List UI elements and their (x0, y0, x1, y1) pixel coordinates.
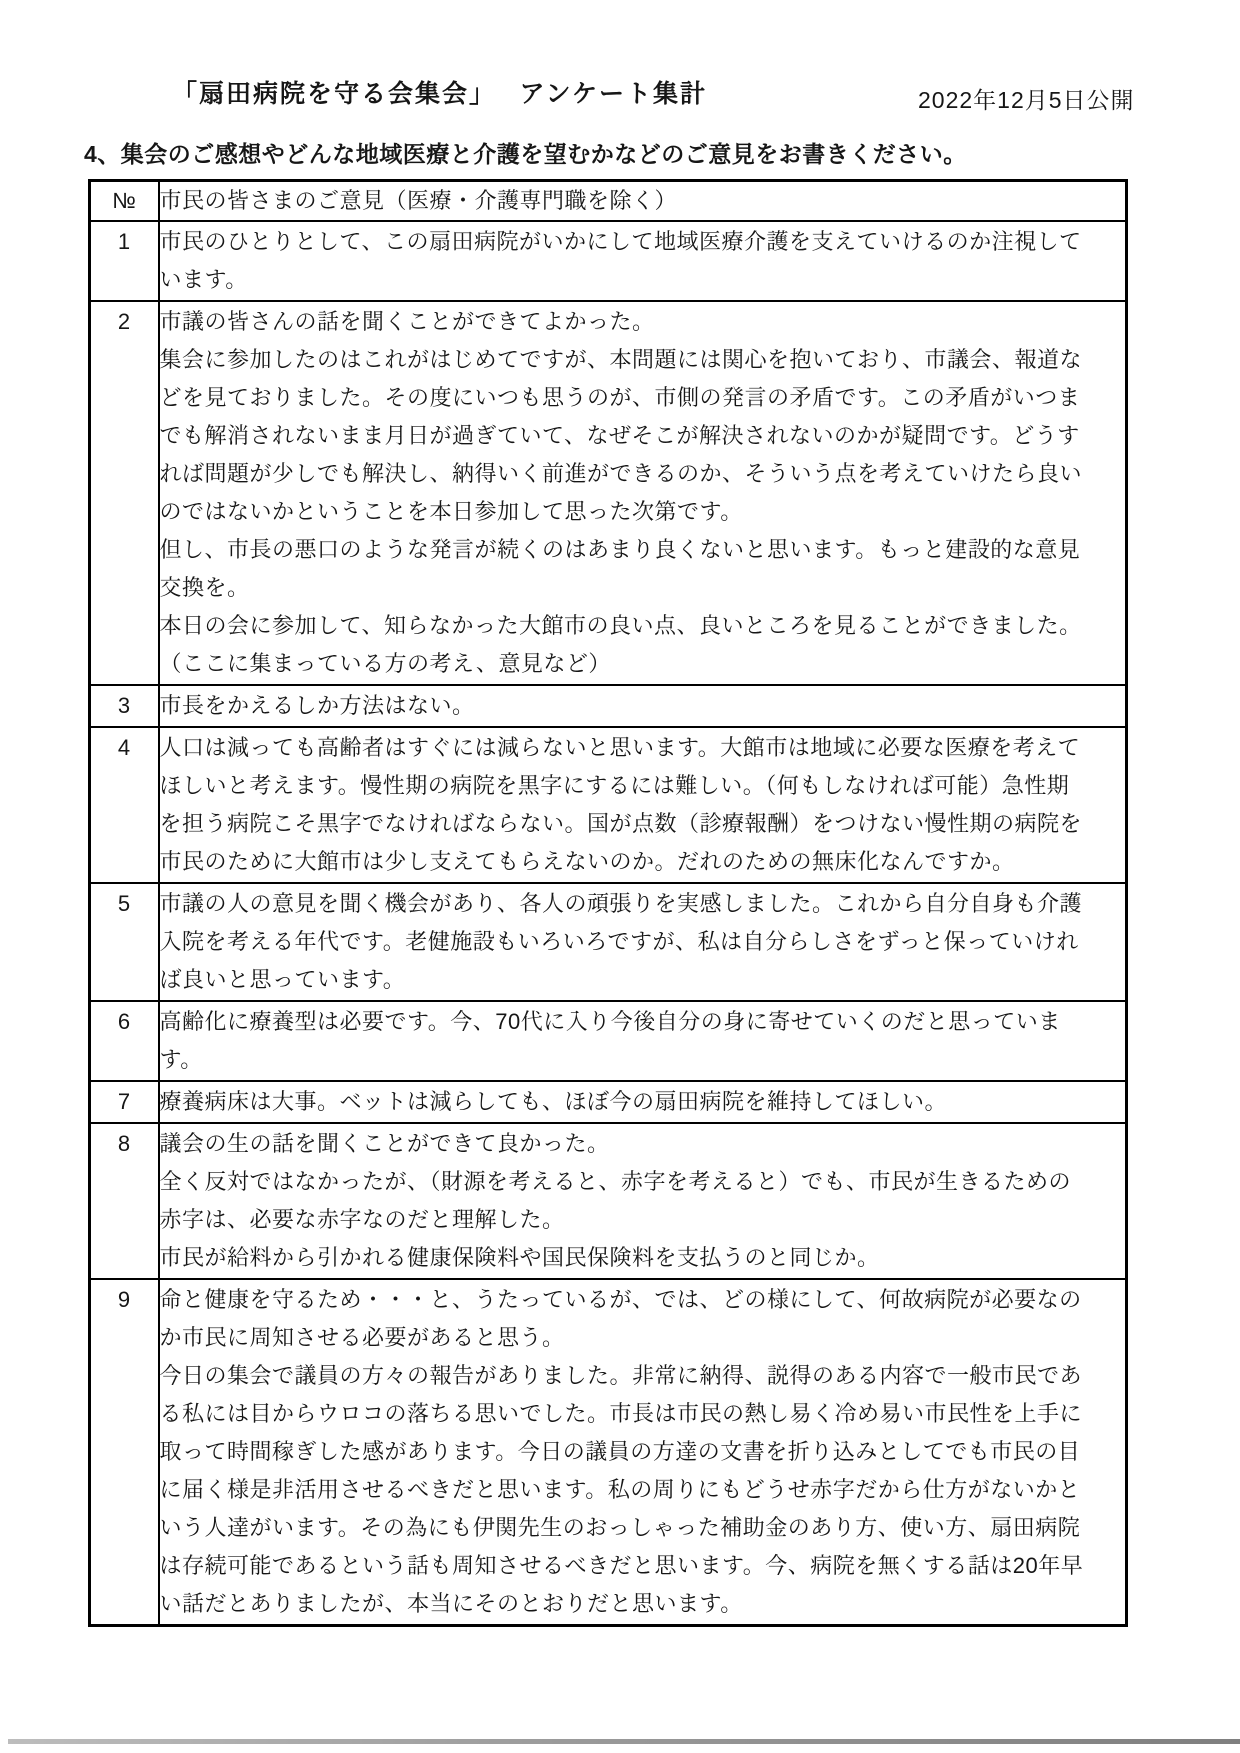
opinion-line: を担う病院こそ黒字でなければならない。国が点数（診療報酬）をつけない慢性期の病院… (160, 805, 1126, 843)
opinion-line: は存続可能であるという話も周知させるべきだと思います。今、病院を無くする話は20… (160, 1547, 1126, 1585)
publish-date: 2022年12月5日公開 (918, 82, 1135, 115)
opinion-line: す。 (160, 1041, 1126, 1079)
opinion-text: 市議の皆さんの話を聞くことができてよかった。集会に参加したのはこれがはじめてです… (159, 301, 1127, 685)
document-page: 「扇田病院を守る会集会」 アンケート集計 2022年12月5日公開 4、集会のご… (0, 0, 1240, 1753)
opinion-line: 市民が給料から引かれる健康保険料や国民保険料を支払うのと同じか。 (160, 1239, 1126, 1277)
opinion-text: 市議の人の意見を聞く機会があり、各人の頑張りを実感しました。これから自分自身も介… (159, 883, 1127, 1001)
opinions-table-body: № 市民の皆さまのご意見（医療・介護専門職を除く） 1市民のひとりとして、この扇… (90, 181, 1127, 1626)
opinion-line: 市議の人の意見を聞く機会があり、各人の頑張りを実感しました。これから自分自身も介… (160, 885, 1126, 923)
row-number: 4 (90, 727, 159, 883)
scan-artifact-line (8, 1739, 1240, 1744)
opinion-line: いう人達がいます。その為にも伊関先生のおっしゃった補助金のあり方、使い方、扇田病… (160, 1509, 1126, 1547)
opinion-line: 市民のひとりとして、この扇田病院がいかにして地域医療介護を支えていけるのか注視し… (160, 223, 1126, 261)
row-number: 8 (90, 1123, 159, 1279)
opinion-text: 人口は減っても高齢者はすぐには減らないと思います。大館市は地域に必要な医療を考え… (159, 727, 1127, 883)
opinion-line: 人口は減っても高齢者はすぐには減らないと思います。大館市は地域に必要な医療を考え… (160, 729, 1126, 767)
table-row: 9命と健康を守るため・・・と、うたっているが、では、どの様にして、何故病院が必要… (90, 1279, 1127, 1626)
opinions-table: № 市民の皆さまのご意見（医療・介護専門職を除く） 1市民のひとりとして、この扇… (88, 179, 1128, 1627)
opinion-line: 市議の皆さんの話を聞くことができてよかった。 (160, 303, 1126, 341)
opinion-line: れば問題が少しでも解決し、納得いく前進ができるのか、そういう点を考えていけたら良… (160, 455, 1126, 493)
opinion-line: 今日の集会で議員の方々の報告がありました。非常に納得、説得のある内容で一般市民で… (160, 1357, 1126, 1395)
opinion-line: に届く様是非活用させるべきだと思います。私の周りにもどうせ赤字だから仕方がないか… (160, 1471, 1126, 1509)
opinion-line: 全く反対ではなかったが、（財源を考えると、赤字を考えると）でも、市民が生きるため… (160, 1163, 1126, 1201)
opinion-line: 市民のために大館市は少し支えてもらえないのか。だれのための無床化なんですか。 (160, 843, 1126, 881)
no-column-header: № (90, 181, 159, 222)
opinion-line: る私には目からウロコの落ちる思いでした。市長は市民の熱し易く冷め易い市民性を上手… (160, 1395, 1126, 1433)
opinion-line: （ここに集まっている方の考え、意見など） (160, 645, 1126, 683)
row-number: 1 (90, 221, 159, 301)
opinion-text: 市長をかえるしか方法はない。 (159, 685, 1127, 727)
opinion-line: 議会の生の話を聞くことができて良かった。 (160, 1125, 1126, 1163)
opinion-line: い話だとありましたが、本当にそのとおりだと思います。 (160, 1585, 1126, 1623)
opinion-line: います。 (160, 261, 1126, 299)
opinion-line: 本日の会に参加して、知らなかった大館市の良い点、良いところを見ることができました… (160, 607, 1126, 645)
opinion-line: のではないかということを本日参加して思った次第です。 (160, 493, 1126, 531)
table-row: 1市民のひとりとして、この扇田病院がいかにして地域医療介護を支えていけるのか注視… (90, 221, 1127, 301)
table-row: 3市長をかえるしか方法はない。 (90, 685, 1127, 727)
opinion-line: 集会に参加したのはこれがはじめてですが、本問題には関心を抱いており、市議会、報道… (160, 341, 1126, 379)
row-number: 2 (90, 301, 159, 685)
opinion-line: 入院を考える年代です。老健施設もいろいろですが、私は自分らしさをずっと保っていけ… (160, 923, 1126, 961)
table-row: 2市議の皆さんの話を聞くことができてよかった。集会に参加したのはこれがはじめてで… (90, 301, 1127, 685)
opinion-text: 療養病床は大事。ベットは減らしても、ほぼ今の扇田病院を維持してほしい。 (159, 1081, 1127, 1123)
opinion-line: 交換を。 (160, 569, 1126, 607)
row-number: 7 (90, 1081, 159, 1123)
section-heading: 4、集会のご感想やどんな地域医療と介護を望むかなどのご意見をお書きください。 (84, 136, 967, 169)
opinion-line: 高齢化に療養型は必要です。今、70代に入り今後自分の身に寄せていくのだと思ってい… (160, 1003, 1126, 1041)
row-number: 6 (90, 1001, 159, 1081)
opinion-line: 取って時間稼ぎした感があります。今日の議員の方達の文書を折り込みとしてでも市民の… (160, 1433, 1126, 1471)
row-number: 3 (90, 685, 159, 727)
opinion-line: でも解消されないまま月日が過ぎていて、なぜそこが解決されないのかが疑問です。どう… (160, 417, 1126, 455)
opinion-line: か市民に周知させる必要があると思う。 (160, 1319, 1126, 1357)
opinion-text: 市民のひとりとして、この扇田病院がいかにして地域医療介護を支えていけるのか注視し… (159, 221, 1127, 301)
opinion-line: 但し、市長の悪口のような発言が続くのはあまり良くないと思います。もっと建設的な意… (160, 531, 1126, 569)
table-row: 4人口は減っても高齢者はすぐには減らないと思います。大館市は地域に必要な医療を考… (90, 727, 1127, 883)
opinion-text: 議会の生の話を聞くことができて良かった。全く反対ではなかったが、（財源を考えると… (159, 1123, 1127, 1279)
document-title: 「扇田病院を守る会集会」 アンケート集計 (172, 74, 707, 110)
row-number: 5 (90, 883, 159, 1001)
table-row: 6高齢化に療養型は必要です。今、70代に入り今後自分の身に寄せていくのだと思って… (90, 1001, 1127, 1081)
table-header-row: № 市民の皆さまのご意見（医療・介護専門職を除く） (90, 181, 1127, 222)
table-row: 7療養病床は大事。ベットは減らしても、ほぼ今の扇田病院を維持してほしい。 (90, 1081, 1127, 1123)
opinion-column-header: 市民の皆さまのご意見（医療・介護専門職を除く） (159, 181, 1127, 222)
table-row: 8議会の生の話を聞くことができて良かった。全く反対ではなかったが、（財源を考える… (90, 1123, 1127, 1279)
row-number: 9 (90, 1279, 159, 1626)
opinion-line: 命と健康を守るため・・・と、うたっているが、では、どの様にして、何故病院が必要な… (160, 1281, 1126, 1319)
opinion-text: 命と健康を守るため・・・と、うたっているが、では、どの様にして、何故病院が必要な… (159, 1279, 1127, 1626)
opinion-text: 高齢化に療養型は必要です。今、70代に入り今後自分の身に寄せていくのだと思ってい… (159, 1001, 1127, 1081)
opinion-line: 市長をかえるしか方法はない。 (160, 687, 1126, 725)
opinion-line: ほしいと考えます。慢性期の病院を黒字にするには難しい。（何もしなければ可能）急性… (160, 767, 1126, 805)
opinion-line: ば良いと思っています。 (160, 961, 1126, 999)
opinion-line: 療養病床は大事。ベットは減らしても、ほぼ今の扇田病院を維持してほしい。 (160, 1083, 1126, 1121)
opinion-line: どを見ておりました。その度にいつも思うのが、市側の発言の矛盾です。この矛盾がいつ… (160, 379, 1126, 417)
table-row: 5市議の人の意見を聞く機会があり、各人の頑張りを実感しました。これから自分自身も… (90, 883, 1127, 1001)
opinion-line: 赤字は、必要な赤字なのだと理解した。 (160, 1201, 1126, 1239)
